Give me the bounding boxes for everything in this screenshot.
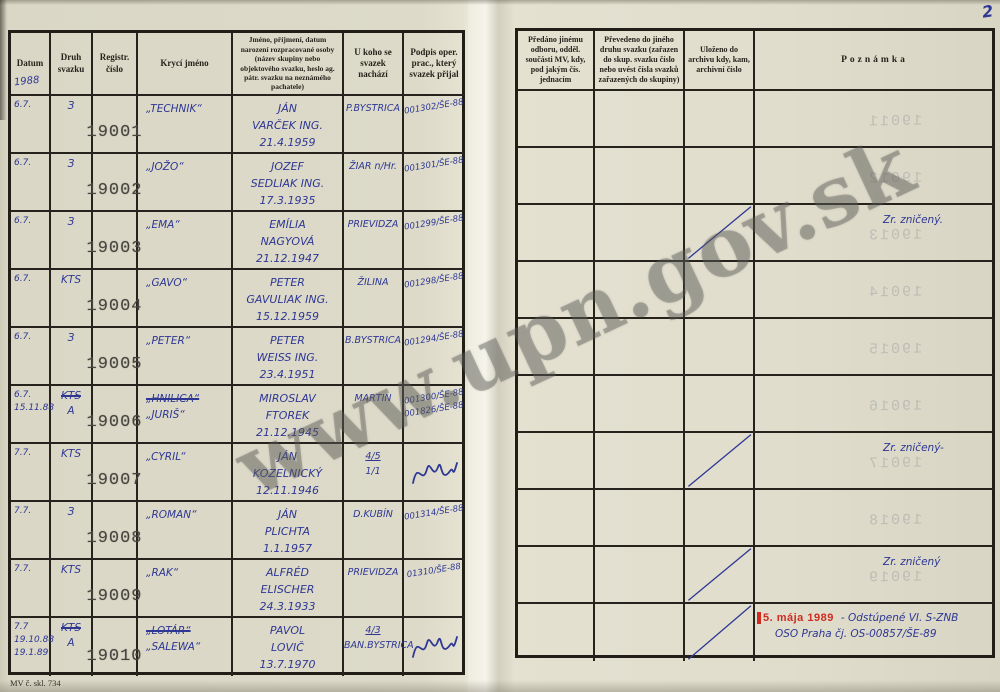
stamped-registration-number: 19009	[87, 587, 143, 606]
cell-datum: 6.7.	[11, 154, 51, 212]
right-registry-table: Předáno jinému odboru, odděl. součásti M…	[515, 28, 995, 658]
cell-prevedeno	[595, 376, 685, 433]
cell-registr-cislo: 19010	[93, 618, 138, 676]
handwritten-text: 6.7.	[14, 215, 48, 228]
cell-jmeno: ALFRÉDELISCHER24.3.1933	[233, 560, 344, 618]
cell-u-koho: 4/3BAN.BYSTRICA	[344, 618, 404, 676]
handwritten-text: 21.4.1959	[233, 134, 342, 151]
cell-jmeno: JÁNPLICHTA1.1.1957	[233, 502, 344, 560]
handwritten-text: З	[51, 99, 91, 114]
cell-predano	[518, 205, 595, 262]
cell-poznamka: 5. mája 1989- Odstúpené VI. S-ZNBOSO Pra…	[755, 604, 994, 661]
handwritten-text: 001302/ŠE-88	[403, 96, 464, 118]
cell-datum: 6.7.	[11, 96, 51, 154]
handwritten-text: 4/5	[344, 449, 402, 464]
handwritten-text: 24.3.1933	[233, 598, 342, 615]
handwritten-text: JOZEF	[233, 158, 342, 175]
table-row: 19018	[518, 490, 992, 547]
stamped-registration-number: 19008	[87, 529, 143, 548]
cell-kryci-jmeno: „HNILICA“„JURIŠ“	[138, 386, 233, 444]
cell-poznamka: 19018	[755, 490, 994, 547]
bleed-through-number: 19014	[867, 284, 922, 302]
cell-poznamka: 19014	[755, 262, 994, 319]
handwritten-text: ELISCHER	[233, 581, 342, 598]
bleed-through-number: 19017	[867, 455, 922, 473]
handwritten-text: VARČEK ING.	[233, 117, 342, 134]
handwritten-text: KTS	[51, 389, 91, 404]
handwritten-text: „JURIŠ“	[146, 408, 231, 424]
cell-kryci-jmeno: „CYRIL“	[138, 444, 233, 502]
column-header-predano: Předáno jinému odboru, odděl. součásti M…	[518, 31, 595, 91]
left-header-row: Datum Druh svazku Registr. číslo Krycí j…	[11, 33, 462, 96]
table-row: 7.7.KTS19007„CYRIL“JÁNKOZELNICKÝ12.11.19…	[11, 444, 462, 502]
handwritten-text: „GAVO“	[146, 276, 231, 292]
cell-u-koho: PRIEVIDZA	[344, 212, 404, 270]
cell-jmeno: JOZEFSEDLIAK ING.17.3.1935	[233, 154, 344, 212]
cell-jmeno: JÁNKOZELNICKÝ12.11.1946	[233, 444, 344, 502]
handwritten-text: PETER	[233, 274, 342, 291]
bleed-through-number: 19012	[867, 170, 922, 188]
poznamka-note: Zr. zničený-	[883, 441, 944, 457]
cell-kryci-jmeno: „LOTÁR“„SALEWA“	[138, 618, 233, 676]
cell-podpis	[404, 444, 464, 502]
cell-podpis: 01310/ŠE-88	[404, 560, 464, 618]
cell-registr-cislo: 19008	[93, 502, 138, 560]
registry-book-scan: Datum Druh svazku Registr. číslo Krycí j…	[0, 0, 1000, 692]
handwritten-text: JÁN	[233, 506, 342, 523]
handwritten-text: EMÍLIA	[233, 216, 342, 233]
cell-u-koho: MARTIN	[344, 386, 404, 444]
poznamka-note: 5. mája 1989- Odstúpené VI. S-ZNBOSO Pra…	[757, 608, 958, 643]
note-line: 5. mája 1989- Odstúpené VI. S-ZNB	[757, 608, 958, 627]
cell-datum: 6.7.15.11.88	[11, 386, 51, 444]
handwritten-text: 17.3.1935	[233, 192, 342, 209]
column-header-ukoho: U koho se svazek nachází	[344, 33, 404, 96]
handwritten-text: „RAK“	[146, 566, 231, 582]
cell-datum: 6.7.	[11, 328, 51, 386]
cell-kryci-jmeno: „EMA“	[138, 212, 233, 270]
cell-registr-cislo: 19009	[93, 560, 138, 618]
handwritten-text: 1.1.1957	[233, 540, 342, 557]
cell-registr-cislo: 19007	[93, 444, 138, 502]
table-row: 19017Zr. zničený-	[518, 433, 992, 490]
handwritten-text: LOVIČ	[233, 639, 342, 656]
cell-ulozeno	[685, 262, 755, 319]
handwritten-text: MIROSLAV	[233, 390, 342, 407]
cell-kryci-jmeno: „JOŽO“	[138, 154, 233, 212]
cell-predano	[518, 91, 595, 148]
column-header-podpis: Podpis oper. prac., který svazek přijal	[404, 33, 464, 96]
left-registry-table: Datum Druh svazku Registr. číslo Krycí j…	[8, 30, 465, 675]
cell-u-koho: 4/51/1	[344, 444, 404, 502]
bleed-through-number: 19015	[867, 341, 922, 359]
cell-kryci-jmeno: „ROMAN“	[138, 502, 233, 560]
handwritten-text: NAGYOVÁ	[233, 233, 342, 250]
diagonal-strike-line	[685, 205, 753, 260]
handwritten-text: 7.7	[14, 621, 48, 634]
cell-jmeno: PAVOLLOVIČ13.7.1970	[233, 618, 344, 676]
cell-poznamka: 19015	[755, 319, 994, 376]
handwritten-text: 7.7.	[14, 563, 48, 576]
cell-u-koho: ŽILINA	[344, 270, 404, 328]
table-row: 19014	[518, 262, 992, 319]
cell-podpis: 001298/ŠE-88	[404, 270, 464, 328]
scan-edge-bottom	[0, 680, 1000, 692]
handwritten-text: 7.7.	[14, 505, 48, 518]
cell-prevedeno	[595, 262, 685, 319]
poznamka-note: Zr. zničený	[883, 555, 940, 571]
handwritten-text: - Odstúpené VI. S-ZNB	[841, 612, 959, 624]
cell-datum: 7.7.	[11, 560, 51, 618]
left-table-body: 6.7.З19001„TECHNIK“JÁNVARČEK ING.21.4.19…	[11, 96, 462, 676]
handwritten-text: PAVOL	[233, 622, 342, 639]
cell-poznamka: 19012	[755, 148, 994, 205]
handwritten-text: GAVULIAK ING.	[233, 291, 342, 308]
handwritten-text: 6.7.	[14, 331, 48, 344]
cell-predano	[518, 490, 595, 547]
handwritten-text: 1/1	[344, 464, 402, 479]
cell-registr-cislo: 19004	[93, 270, 138, 328]
handwritten-text: 6.7.	[14, 157, 48, 170]
handwritten-text: FTOREK	[233, 407, 342, 424]
table-row: 7.7.KTS19009„RAK“ALFRÉDELISCHER24.3.1933…	[11, 560, 462, 618]
handwritten-text: „LOTÁR“	[146, 624, 231, 640]
bleed-through-number: 19019	[867, 569, 922, 587]
handwritten-text: JÁN	[233, 448, 342, 465]
cell-registr-cislo: 19005	[93, 328, 138, 386]
handwritten-text: BAN.BYSTRICA	[344, 638, 402, 653]
stamped-registration-number: 19003	[87, 239, 143, 258]
stamped-registration-number: 19004	[87, 297, 143, 316]
table-row: 19015	[518, 319, 992, 376]
handwritten-text: PRIEVIDZA	[344, 565, 402, 580]
handwritten-text: „TECHNIK“	[146, 102, 231, 118]
cell-podpis: 001300/ŠE-88001826/ŠE-88	[404, 386, 464, 444]
table-row: 7.719.10.8819.1.89KTSA19010„LOTÁR“„SALEW…	[11, 618, 462, 676]
cell-predano	[518, 376, 595, 433]
column-header-prevedeno: Převedeno do jiného druhu svazku (zařaze…	[595, 31, 685, 91]
cell-ulozeno	[685, 205, 755, 262]
cell-predano	[518, 319, 595, 376]
cell-prevedeno	[595, 205, 685, 262]
bleed-through-number: 19011	[867, 113, 922, 131]
cell-prevedeno	[595, 547, 685, 604]
cell-datum: 7.7.	[11, 444, 51, 502]
scan-edge-top	[0, 0, 1000, 5]
cell-u-koho: PRIEVIDZA	[344, 560, 404, 618]
handwritten-text: WEISS ING.	[233, 349, 342, 366]
table-row: 19011	[518, 91, 992, 148]
cell-poznamka: 19016	[755, 376, 994, 433]
diagonal-strike-line	[685, 547, 753, 602]
cell-ulozeno	[685, 547, 755, 604]
cell-podpis: 001314/ŠE-88	[404, 502, 464, 560]
handwritten-text: 19.1.89	[14, 647, 48, 660]
table-row: 19012	[518, 148, 992, 205]
cell-u-koho: B.BYSTRICA	[344, 328, 404, 386]
handwritten-text: 13.7.1970	[233, 656, 342, 673]
cell-u-koho: P.BYSTRICA	[344, 96, 404, 154]
cell-datum: 7.719.10.8819.1.89	[11, 618, 51, 676]
handwritten-text: „JOŽO“	[146, 160, 231, 176]
table-row: 5. mája 1989- Odstúpené VI. S-ZNBOSO Pra…	[518, 604, 992, 661]
stamped-registration-number: 19005	[87, 355, 143, 374]
signature-scribble	[408, 453, 460, 491]
stamped-registration-number: 19001	[87, 123, 143, 142]
cell-registr-cislo: 19003	[93, 212, 138, 270]
cell-kryci-jmeno: „TECHNIK“	[138, 96, 233, 154]
handwritten-text: 001314/ŠE-88	[403, 502, 464, 524]
cell-predano	[518, 262, 595, 319]
cell-u-koho: D.KUBÍN	[344, 502, 404, 560]
cell-kryci-jmeno: „PETER“	[138, 328, 233, 386]
handwritten-text: P.BYSTRICA	[344, 101, 402, 116]
bleed-through-number: 19013	[867, 227, 922, 245]
cell-podpis	[404, 618, 464, 676]
cell-jmeno: PETERGAVULIAK ING.15.12.1959	[233, 270, 344, 328]
handwritten-text: 12.11.1946	[233, 482, 342, 499]
handwritten-text: Zr. zničený	[883, 555, 940, 571]
handwritten-text: KOZELNICKÝ	[233, 465, 342, 482]
right-header-row: Předáno jinému odboru, odděl. součásti M…	[518, 31, 992, 91]
table-row: 7.7.З19008„ROMAN“JÁNPLICHTA1.1.1957D.KUB…	[11, 502, 462, 560]
handwritten-text: PETER	[233, 332, 342, 349]
cell-predano	[518, 604, 595, 661]
handwritten-text: KTS	[51, 447, 91, 462]
handwritten-text: PLICHTA	[233, 523, 342, 540]
cell-ulozeno	[685, 433, 755, 490]
right-table-body: 190111901219013Zr. zničený.1901419015190…	[518, 91, 992, 661]
handwritten-text: 01310/ŠE-88	[403, 560, 464, 582]
handwritten-text: JÁN	[233, 100, 342, 117]
bleed-through-number: 19016	[867, 398, 922, 416]
handwritten-text: ŽILINA	[344, 275, 402, 290]
cell-poznamka: 19013Zr. zničený.	[755, 205, 994, 262]
form-number-footer: MV č. skl. 734	[10, 678, 61, 688]
handwritten-text: A	[51, 636, 91, 651]
handwritten-text: PRIEVIDZA	[344, 217, 402, 232]
cell-prevedeno	[595, 604, 685, 661]
handwritten-text: 6.7.	[14, 273, 48, 286]
handwritten-text: 001299/ŠE-88	[403, 212, 464, 234]
table-row: 6.7.KTS19004„GAVO“PETERGAVULIAK ING.15.1…	[11, 270, 462, 328]
handwritten-text: KTS	[51, 273, 91, 288]
cell-predano	[518, 547, 595, 604]
handwritten-text: 001301/ŠE-88	[403, 154, 464, 176]
handwritten-text: OSO Praha čj. OS-00857/ŠE-89	[775, 627, 958, 643]
cell-ulozeno	[685, 490, 755, 547]
handwritten-text: 001298/ŠE-88	[403, 270, 464, 292]
handwritten-text: SEDLIAK ING.	[233, 175, 342, 192]
scan-edge-left	[0, 0, 7, 120]
handwritten-text: ŽIAR n/Hr.	[344, 159, 402, 174]
handwritten-text: „PETER“	[146, 334, 231, 350]
cell-podpis: 001294/ŠE-88	[404, 328, 464, 386]
cell-poznamka: 19017Zr. zničený-	[755, 433, 994, 490]
table-row: 6.7.З19005„PETER“PETERWEISS ING.23.4.195…	[11, 328, 462, 386]
handwritten-text: 6.7.	[14, 99, 48, 112]
cell-ulozeno	[685, 319, 755, 376]
column-header-cislo: Registr. číslo	[93, 33, 138, 96]
column-header-jmeno: Jméno, příjmení, datum narození rozpraco…	[233, 33, 344, 96]
cell-predano	[518, 148, 595, 205]
handwritten-text: ALFRÉD	[233, 564, 342, 581]
handwritten-text: „HNILICA“	[146, 392, 231, 408]
handwritten-text: 15.12.1959	[233, 308, 342, 325]
cell-ulozeno	[685, 91, 755, 148]
diagonal-strike-line	[685, 433, 753, 488]
column-header-ulozeno: Uloženo do archivu kdy, kam, archivní čí…	[685, 31, 755, 91]
cell-registr-cislo: 19006	[93, 386, 138, 444]
cell-jmeno: PETERWEISS ING.23.4.1951	[233, 328, 344, 386]
handwritten-text: „ROMAN“	[146, 508, 231, 524]
handwritten-text: Zr. zničený.	[883, 213, 943, 229]
cell-datum: 6.7.	[11, 270, 51, 328]
cell-ulozeno	[685, 148, 755, 205]
cell-datum: 6.7.	[11, 212, 51, 270]
handwritten-text: „SALEWA“	[146, 640, 231, 656]
handwritten-text: З	[51, 331, 91, 346]
column-header-kryci: Krycí jméno	[138, 33, 233, 96]
cell-registr-cislo: 19001	[93, 96, 138, 154]
handwritten-text: 001294/ŠE-88	[403, 328, 464, 350]
table-row: 6.7.15.11.88KTSA19006„HNILICA“„JURIŠ“MIR…	[11, 386, 462, 444]
cell-jmeno: MIROSLAVFTOREK21.12.1945	[233, 386, 344, 444]
handwritten-text: З	[51, 157, 91, 172]
cell-prevedeno	[595, 490, 685, 547]
cell-ulozeno	[685, 604, 755, 661]
table-row: 6.7.З19002„JOŽO“JOZEFSEDLIAK ING.17.3.19…	[11, 154, 462, 212]
cell-podpis: 001302/ŠE-88	[404, 96, 464, 154]
handwritten-text: 19.10.88	[14, 634, 48, 647]
handwritten-text: З	[51, 215, 91, 230]
handwritten-text: 21.12.1945	[233, 424, 342, 441]
handwritten-text: 21.12.1947	[233, 250, 342, 267]
handwritten-text: B.BYSTRICA	[344, 333, 402, 348]
stamped-registration-number: 19007	[87, 471, 143, 490]
table-row: 19019Zr. zničený	[518, 547, 992, 604]
cell-poznamka: 19011	[755, 91, 994, 148]
cell-jmeno: EMÍLIANAGYOVÁ21.12.1947	[233, 212, 344, 270]
stamped-registration-number: 19010	[87, 647, 143, 666]
handwritten-text: KTS	[51, 563, 91, 578]
handwritten-text: З	[51, 505, 91, 520]
handwritten-text: 7.7.	[14, 447, 48, 460]
table-row: 19013Zr. zničený.	[518, 205, 992, 262]
column-header-poznamka: Poznámka	[755, 31, 994, 91]
handwritten-text: 15.11.88	[14, 402, 48, 415]
cell-u-koho: ŽIAR n/Hr.	[344, 154, 404, 212]
cell-prevedeno	[595, 433, 685, 490]
handwritten-text: 6.7.	[14, 389, 48, 402]
cell-podpis: 001299/ŠE-88	[404, 212, 464, 270]
cell-registr-cislo: 19002	[93, 154, 138, 212]
poznamka-note: Zr. zničený.	[883, 213, 943, 229]
column-header-druh: Druh svazku	[51, 33, 93, 96]
cell-podpis: 001301/ŠE-88	[404, 154, 464, 212]
handwritten-text: D.KUBÍN	[344, 507, 402, 522]
cell-predano	[518, 433, 595, 490]
handwritten-text: KTS	[51, 621, 91, 636]
cell-poznamka: 19019Zr. zničený	[755, 547, 994, 604]
diagonal-strike-line	[685, 604, 753, 661]
date-stamp: 5. mája 1989	[757, 612, 837, 624]
cell-kryci-jmeno: „RAK“	[138, 560, 233, 618]
handwritten-text: MARTIN	[344, 391, 402, 406]
handwritten-text: Zr. zničený-	[883, 441, 944, 457]
table-row: 6.7.З19003„EMA“EMÍLIANAGYOVÁ21.12.1947PR…	[11, 212, 462, 270]
handwritten-text: 23.4.1951	[233, 366, 342, 383]
cell-prevedeno	[595, 319, 685, 376]
bleed-through-number: 19018	[867, 512, 922, 530]
table-row: 19016	[518, 376, 992, 433]
signature-scribble	[408, 627, 460, 665]
handwritten-text: A	[51, 404, 91, 419]
handwritten-text: „EMA“	[146, 218, 231, 234]
cell-prevedeno	[595, 91, 685, 148]
cell-prevedeno	[595, 148, 685, 205]
stamped-registration-number: 19002	[87, 181, 143, 200]
cell-ulozeno	[685, 376, 755, 433]
cell-datum: 7.7.	[11, 502, 51, 560]
handwritten-text: 4/3	[344, 623, 402, 638]
stamped-registration-number: 19006	[87, 413, 143, 432]
cell-jmeno: JÁNVARČEK ING.21.4.1959	[233, 96, 344, 154]
handwritten-text: „CYRIL“	[146, 450, 231, 466]
table-row: 6.7.З19001„TECHNIK“JÁNVARČEK ING.21.4.19…	[11, 96, 462, 154]
cell-kryci-jmeno: „GAVO“	[138, 270, 233, 328]
